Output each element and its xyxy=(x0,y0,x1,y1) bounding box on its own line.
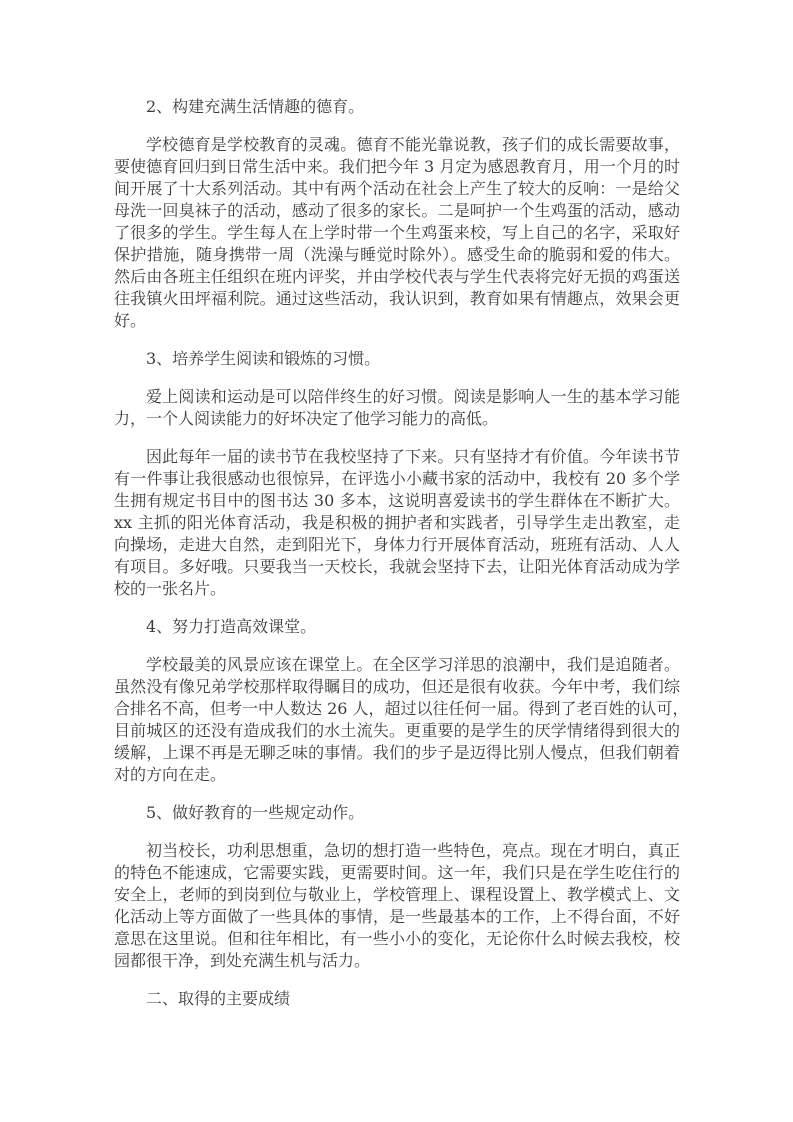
text-line: 爱上阅读和运动是可以陪伴终生的好习惯。阅读是影响人一生的基本学习能 xyxy=(114,386,680,408)
text-line: 好。 xyxy=(114,310,680,332)
section-heading: 5、做好教育的一些规定动作。 xyxy=(114,802,680,824)
text-line: 对的方向在走。 xyxy=(114,764,680,786)
text-line: 的特色不能速成，它需要实践，更需要时间。这一年，我们只是在学生吃住行的 xyxy=(114,862,680,884)
text-line: 虽然没有像兄弟学校那样取得瞩目的成功，但还是很有收获。今年中考，我们综 xyxy=(114,676,680,698)
text-line: 保护措施，随身携带一周（洗澡与睡觉时除外）。感受生命的脆弱和爱的伟大。 xyxy=(114,244,680,266)
text-line: 合排名不高，但考一中人数达 26 人，超过以往任何一届。得到了老百姓的认可， xyxy=(114,698,680,720)
text-line: 安全上，老师的到岗到位与敬业上，学校管理上、课程设置上、教学模式上、文 xyxy=(114,884,680,906)
heading-text: 5、做好教育的一些规定动作。 xyxy=(114,802,680,824)
section-heading: 2、构建充满生活情趣的德育。 xyxy=(114,96,680,118)
text-line: 母洗一回臭袜子的活动，感动了很多的家长。二是呵护一个生鸡蛋的活动，感动 xyxy=(114,200,680,222)
text-line: 缓解，上课不再是无聊乏味的事情。我们的步子是迈得比别人慢点，但我们朝着 xyxy=(114,742,680,764)
section-heading: 二、取得的主要成绩 xyxy=(114,988,680,1010)
text-line: 校的一张名片。 xyxy=(114,578,680,600)
text-line: 往我镇火田坪福利院。通过这些活动，我认识到，教育如果有情趣点，效果会更 xyxy=(114,288,680,310)
text-line: 然后由各班主任组织在班内评奖，并由学校代表与学生代表将完好无损的鸡蛋送 xyxy=(114,266,680,288)
text-line: 学校德育是学校教育的灵魂。德育不能光靠说教，孩子们的成长需要故事， xyxy=(114,134,680,156)
paragraph: 爱上阅读和运动是可以陪伴终生的好习惯。阅读是影响人一生的基本学习能 力，一个人阅… xyxy=(114,386,680,430)
text-line: 园都很干净，到处充满生机与活力。 xyxy=(114,950,680,972)
paragraph: 因此每年一届的读书节在我校坚持了下来。只有坚持才有价值。今年读书节 有一件事让我… xyxy=(114,446,680,600)
heading-text: 二、取得的主要成绩 xyxy=(114,988,680,1010)
text-line: 初当校长，功利思想重，急切的想打造一些特色，亮点。现在才明白，真正 xyxy=(114,840,680,862)
text-line: xx 主抓的阳光体育活动，我是积极的拥护者和实践者，引导学生走出教室，走 xyxy=(114,512,680,534)
text-line: 生拥有规定书目中的图书达 30 多本，这说明喜爱读书的学生群体在不断扩大。 xyxy=(114,490,680,512)
text-line: 了很多的学生。学生每人在上学时带一个生鸡蛋来校，写上自己的名字，采取好 xyxy=(114,222,680,244)
text-line: 力，一个人阅读能力的好坏决定了他学习能力的高低。 xyxy=(114,408,680,430)
section-heading: 3、培养学生阅读和锻炼的习惯。 xyxy=(114,348,680,370)
paragraph: 学校最美的风景应该在课堂上。在全区学习洋思的浪潮中，我们是追随者。 虽然没有像兄… xyxy=(114,654,680,786)
paragraph: 初当校长，功利思想重，急切的想打造一些特色，亮点。现在才明白，真正 的特色不能速… xyxy=(114,840,680,972)
text-line: 意思在这里说。但和往年相比，有一些小小的变化，无论你什么时候去我校，校 xyxy=(114,928,680,950)
heading-text: 4、努力打造高效课堂。 xyxy=(114,616,680,638)
document-page: 2、构建充满生活情趣的德育。 学校德育是学校教育的灵魂。德育不能光靠说教，孩子们… xyxy=(0,0,793,1122)
text-line: 学校最美的风景应该在课堂上。在全区学习洋思的浪潮中，我们是追随者。 xyxy=(114,654,680,676)
text-line: 目前城区的还没有造成我们的水土流失。更重要的是学生的厌学情绪得到很大的 xyxy=(114,720,680,742)
text-line: 有项目。多好哦。只要我当一天校长，我就会坚持下去，让阳光体育活动成为学 xyxy=(114,556,680,578)
section-heading: 4、努力打造高效课堂。 xyxy=(114,616,680,638)
text-line: 化活动上等方面做了一些具体的事情，是一些最基本的工作，上不得台面，不好 xyxy=(114,906,680,928)
text-line: 要使德育回归到日常生活中来。我们把今年 3 月定为感恩教育月，用一个月的时 xyxy=(114,156,680,178)
text-line: 有一件事让我很感动也很惊异，在评选小小藏书家的活动中，我校有 20 多个学 xyxy=(114,468,680,490)
heading-text: 3、培养学生阅读和锻炼的习惯。 xyxy=(114,348,680,370)
text-line: 因此每年一届的读书节在我校坚持了下来。只有坚持才有价值。今年读书节 xyxy=(114,446,680,468)
document-body: 2、构建充满生活情趣的德育。 学校德育是学校教育的灵魂。德育不能光靠说教，孩子们… xyxy=(114,96,680,1010)
text-line: 间开展了十大系列活动。其中有两个活动在社会上产生了较大的反响：一是给父 xyxy=(114,178,680,200)
text-line: 向操场，走进大自然，走到阳光下，身体力行开展体育活动，班班有活动、人人 xyxy=(114,534,680,556)
heading-text: 2、构建充满生活情趣的德育。 xyxy=(114,96,680,118)
paragraph: 学校德育是学校教育的灵魂。德育不能光靠说教，孩子们的成长需要故事， 要使德育回归… xyxy=(114,134,680,332)
